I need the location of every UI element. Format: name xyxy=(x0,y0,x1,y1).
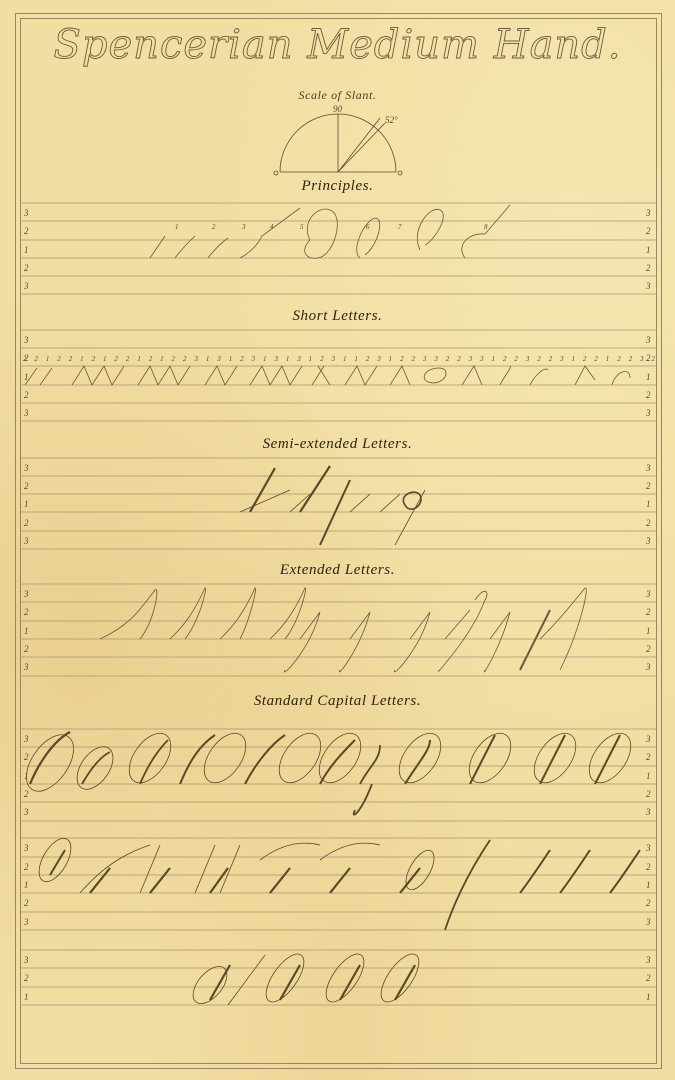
svg-text:3: 3 xyxy=(645,536,651,546)
svg-text:3: 3 xyxy=(23,917,29,927)
svg-text:2: 2 xyxy=(24,644,29,654)
svg-text:3: 3 xyxy=(645,955,651,965)
svg-text:3: 3 xyxy=(645,281,651,291)
copybook-plate: 90 52° 33 22 11 22 33 xyxy=(0,0,675,1080)
short-letters-strokes xyxy=(25,366,630,385)
svg-text:2: 2 xyxy=(646,789,651,799)
svg-text:1: 1 xyxy=(24,880,29,890)
svg-text:2: 2 xyxy=(646,481,651,491)
svg-text:3: 3 xyxy=(241,223,246,231)
svg-text:3: 3 xyxy=(645,335,651,345)
svg-text:1: 1 xyxy=(646,372,651,382)
svg-text:2: 2 xyxy=(24,607,29,617)
svg-text:1: 1 xyxy=(24,992,29,1002)
short-letter-stroke-numbers: 2 2 1 2 2 1 2 1 2 2 1 2 1 2 2 3 1 3 1 2 … xyxy=(23,355,655,363)
svg-text:2: 2 xyxy=(24,518,29,528)
svg-text:2: 2 xyxy=(24,898,29,908)
svg-text:1: 1 xyxy=(646,992,651,1002)
svg-text:3: 3 xyxy=(645,589,651,599)
svg-text:3: 3 xyxy=(23,281,29,291)
svg-text:2: 2 xyxy=(24,973,29,983)
svg-text:3: 3 xyxy=(23,843,29,853)
svg-text:3: 3 xyxy=(645,208,651,218)
svg-text:3: 3 xyxy=(23,955,29,965)
svg-text:3: 3 xyxy=(23,208,29,218)
svg-text:1: 1 xyxy=(24,245,29,255)
svg-text:3: 3 xyxy=(645,408,651,418)
svg-text:2: 2 xyxy=(646,607,651,617)
svg-text:5: 5 xyxy=(300,223,304,231)
svg-text:2: 2 xyxy=(24,752,29,762)
principles-strokes xyxy=(150,205,510,258)
svg-text:2: 2 xyxy=(646,644,651,654)
svg-text:3: 3 xyxy=(23,807,29,817)
svg-text:3: 3 xyxy=(645,463,651,473)
svg-text:2: 2 xyxy=(212,223,216,231)
svg-text:2: 2 xyxy=(24,390,29,400)
capitals-row-3 xyxy=(187,948,426,1009)
svg-text:2: 2 xyxy=(24,789,29,799)
svg-text:2: 2 xyxy=(646,973,651,983)
svg-text:2: 2 xyxy=(646,263,651,273)
svg-text:7: 7 xyxy=(398,223,402,231)
svg-text:6: 6 xyxy=(366,223,370,231)
svg-text:2: 2 xyxy=(24,263,29,273)
svg-text:2: 2 xyxy=(24,226,29,236)
svg-text:2: 2 xyxy=(646,226,651,236)
svg-text:3: 3 xyxy=(23,335,29,345)
svg-text:3: 3 xyxy=(645,807,651,817)
svg-text:1: 1 xyxy=(646,626,651,636)
slant-52-label: 52° xyxy=(385,115,398,125)
slant-scale-diagram xyxy=(274,114,402,175)
semi-extended-strokes xyxy=(240,466,425,545)
svg-text:1: 1 xyxy=(646,499,651,509)
svg-text:3: 3 xyxy=(23,734,29,744)
svg-text:3: 3 xyxy=(645,662,651,672)
svg-text:1: 1 xyxy=(646,880,651,890)
svg-text:3: 3 xyxy=(23,408,29,418)
capitals-row-2 xyxy=(33,833,640,930)
svg-text:1: 1 xyxy=(646,245,651,255)
svg-text:1: 1 xyxy=(24,499,29,509)
svg-text:2: 2 xyxy=(646,898,651,908)
extended-strokes xyxy=(100,588,586,672)
svg-text:2: 2 xyxy=(646,862,651,872)
svg-text:8: 8 xyxy=(484,223,488,231)
svg-text:3: 3 xyxy=(23,536,29,546)
slant-90-label: 90 xyxy=(333,104,343,114)
svg-text:4: 4 xyxy=(270,223,274,231)
svg-text:3: 3 xyxy=(645,734,651,744)
svg-text:2: 2 xyxy=(646,390,651,400)
svg-text:3: 3 xyxy=(645,843,651,853)
svg-text:3: 3 xyxy=(645,917,651,927)
svg-text:2: 2 xyxy=(646,518,651,528)
principles-numbers: 1 2 3 4 5 6 7 8 xyxy=(175,223,488,231)
capitals-row-1 xyxy=(17,726,639,815)
svg-text:3: 3 xyxy=(23,463,29,473)
svg-text:1: 1 xyxy=(646,771,651,781)
svg-text:2: 2 xyxy=(646,752,651,762)
ruled-lines xyxy=(20,203,657,1005)
svg-text:2: 2 xyxy=(24,862,29,872)
svg-text:3: 3 xyxy=(23,662,29,672)
svg-text:2: 2 xyxy=(24,481,29,491)
svg-text:1: 1 xyxy=(175,223,179,231)
svg-text:3: 3 xyxy=(23,589,29,599)
svg-text:1: 1 xyxy=(24,626,29,636)
